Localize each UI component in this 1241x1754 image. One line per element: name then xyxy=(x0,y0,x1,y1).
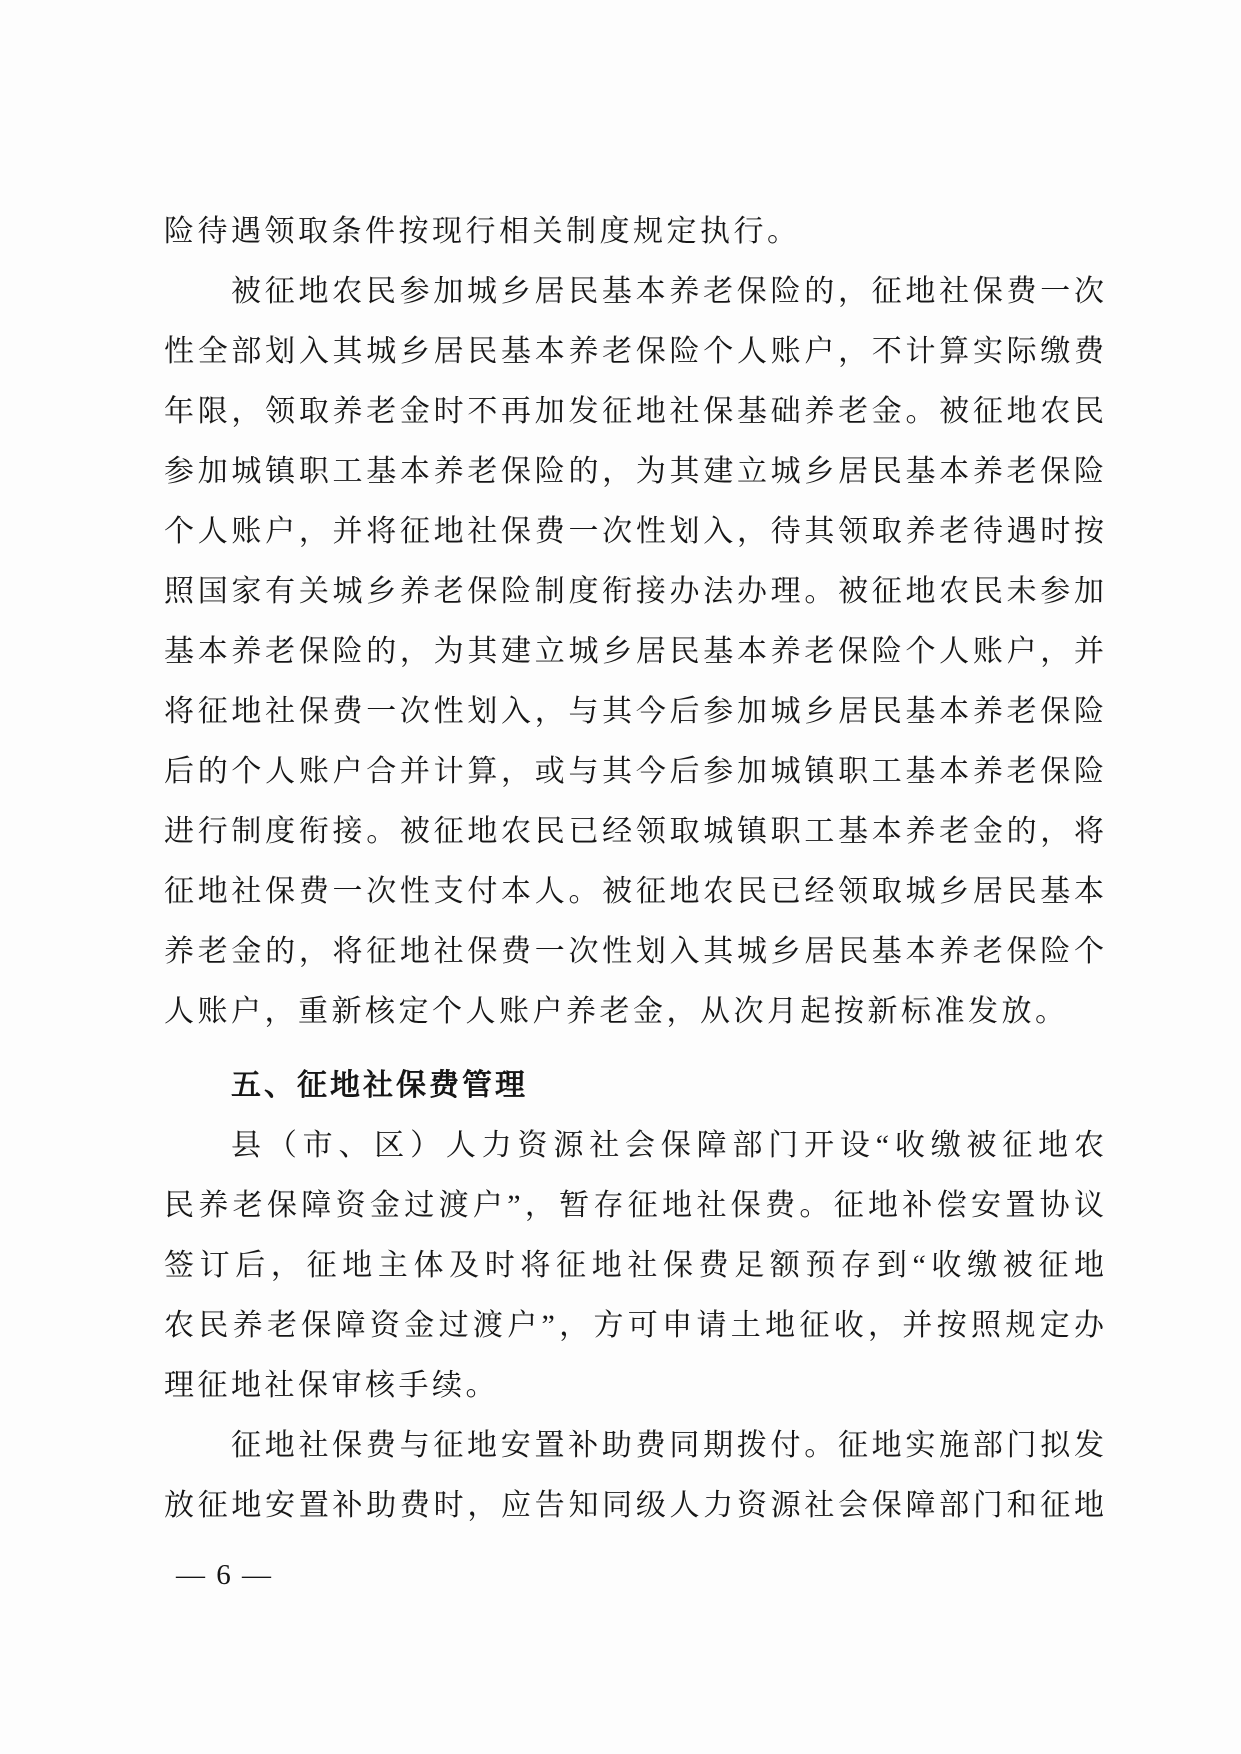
body-text-line: 签订后，征地主体及时将征地社保费足额预存到“收缴被征地 xyxy=(164,1236,1104,1296)
body-text-line: 进行制度衔接。被征地农民已经领取城镇职工基本养老金的，将 xyxy=(164,802,1104,862)
body-text-line: 照国家有关城乡养老保险制度衔接办法办理。被征地农民未参加 xyxy=(164,562,1104,622)
body-text-line: 被征地农民参加城乡居民基本养老保险的，征地社保费一次 xyxy=(164,262,1104,322)
document-body: 险待遇领取条件按现行相关制度规定执行。被征地农民参加城乡居民基本养老保险的，征地… xyxy=(164,202,1104,1536)
body-text-line: 将征地社保费一次性划入，与其今后参加城乡居民基本养老保险 xyxy=(164,682,1104,742)
body-text-line: 个人账户，并将征地社保费一次性划入，待其领取养老待遇时按 xyxy=(164,502,1104,562)
body-text-line: 征地社保费一次性支付本人。被征地农民已经领取城乡居民基本 xyxy=(164,862,1104,922)
body-text-line: 征地社保费与征地安置补助费同期拨付。征地实施部门拟发 xyxy=(164,1416,1104,1476)
section-heading: 五、征地社保费管理 xyxy=(164,1056,1104,1116)
body-text-line: 性全部划入其城乡居民基本养老保险个人账户，不计算实际缴费 xyxy=(164,322,1104,382)
body-text-line: 理征地社保审核手续。 xyxy=(164,1356,1104,1416)
body-text-line: 放征地安置补助费时，应告知同级人力资源社会保障部门和征地 xyxy=(164,1476,1104,1536)
body-text-line: 养老金的，将征地社保费一次性划入其城乡居民基本养老保险个 xyxy=(164,922,1104,982)
body-text-line: 农民养老保障资金过渡户”，方可申请土地征收，并按照规定办 xyxy=(164,1296,1104,1356)
document-page: 险待遇领取条件按现行相关制度规定执行。被征地农民参加城乡居民基本养老保险的，征地… xyxy=(0,0,1241,1754)
body-text-line: 后的个人账户合并计算，或与其今后参加城镇职工基本养老保险 xyxy=(164,742,1104,802)
body-text-line: 年限，领取养老金时不再加发征地社保基础养老金。被征地农民 xyxy=(164,382,1104,442)
page-number: — 6 — xyxy=(176,1558,273,1592)
body-text-line: 参加城镇职工基本养老保险的，为其建立城乡居民基本养老保险 xyxy=(164,442,1104,502)
body-text-line: 人账户，重新核定个人账户养老金，从次月起按新标准发放。 xyxy=(164,982,1104,1042)
body-text-line: 险待遇领取条件按现行相关制度规定执行。 xyxy=(164,202,1104,262)
body-text-line: 县（市、区）人力资源社会保障部门开设“收缴被征地农 xyxy=(164,1116,1104,1176)
body-text-line: 基本养老保险的，为其建立城乡居民基本养老保险个人账户，并 xyxy=(164,622,1104,682)
body-text-line: 民养老保障资金过渡户”，暂存征地社保费。征地补偿安置协议 xyxy=(164,1176,1104,1236)
